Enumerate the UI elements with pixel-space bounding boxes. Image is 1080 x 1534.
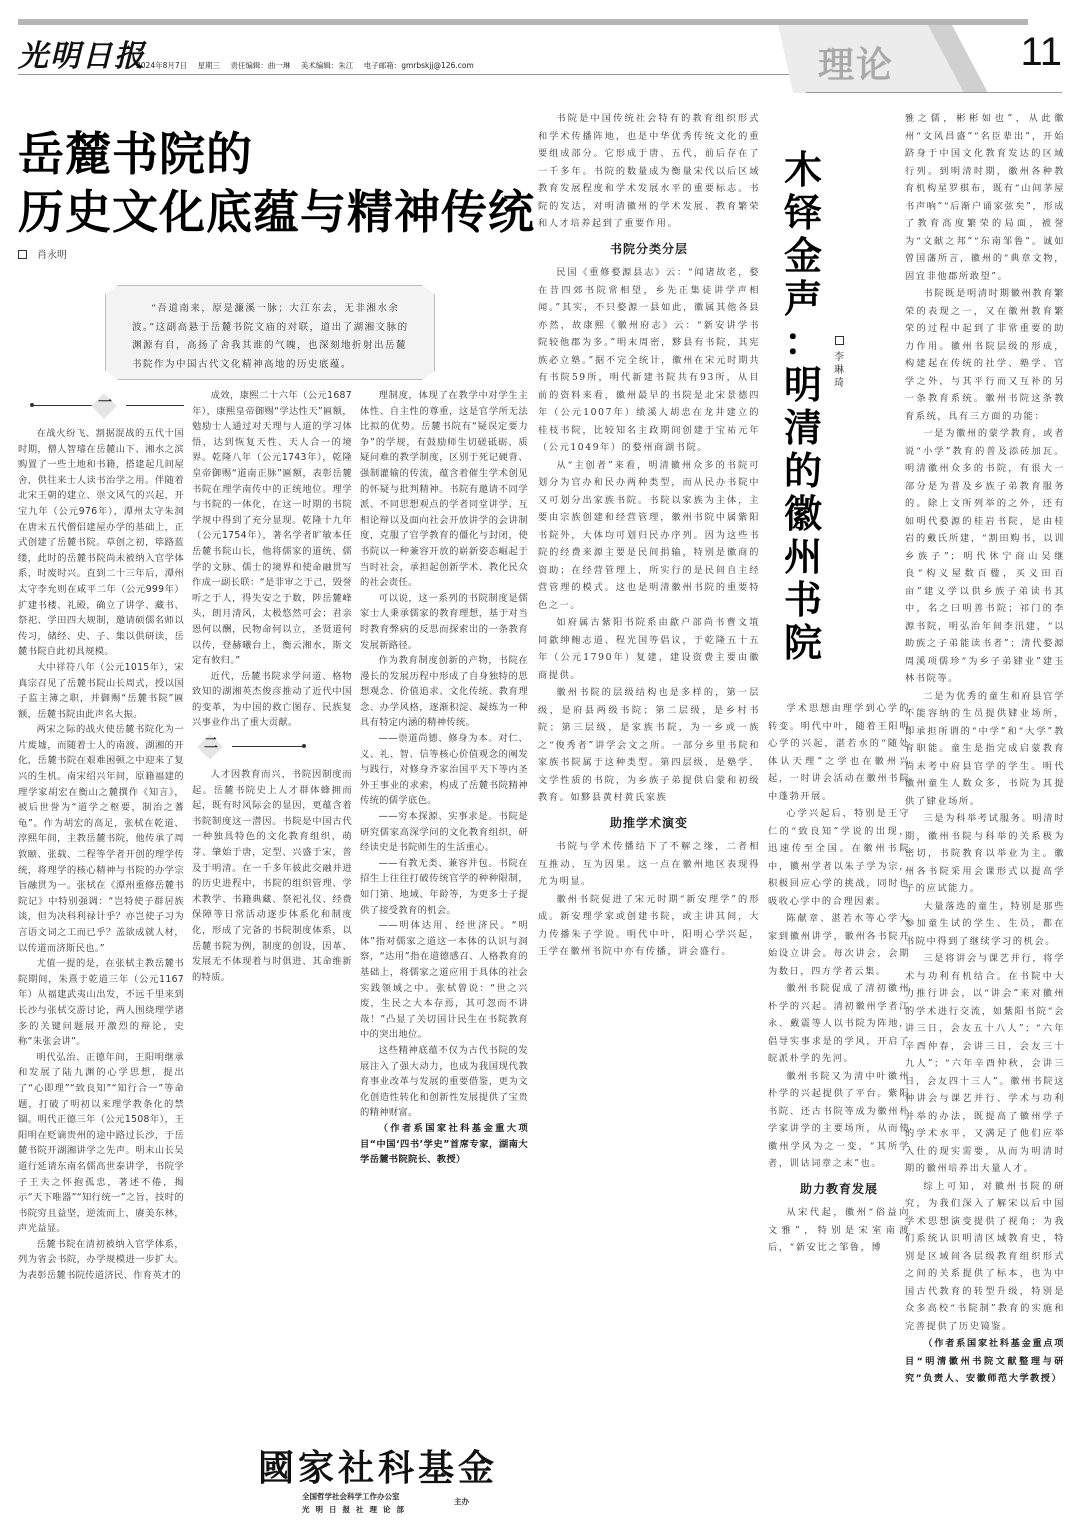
paragraph: 民国《重修婺源县志》云：“闻诸故老，婺在昔四郊书院常相望，乡先正集徒讲学声相闻。… <box>538 264 760 457</box>
headline-line2: 历史文化底蕴与精神传统 <box>18 183 535 241</box>
subheading-3: 助力教育发展 <box>768 1181 910 1199</box>
article1-headline: 岳麓书院的 历史文化底蕴与精神传统 <box>18 125 535 241</box>
art-editor: 美术编辑：朱江 <box>301 61 354 70</box>
newspaper-logo: 光明日报 <box>18 31 146 75</box>
paragraph: 理制度，体现了在教学中对学生主体性、自主性的尊重，这是官学所无法比拟的优势。岳麓… <box>360 388 528 591</box>
paragraph: 三是将讲会与课艺并行，将学术与功利有机结合。在书院中大力推行讲会，以“讲会”来对… <box>905 950 1065 1178</box>
paragraph: 二是为优秀的童生和府县官学不能容纳的生员提供肄业场所，即承担所谓的“中学”和“大… <box>905 688 1065 811</box>
section-tab: 理论 <box>778 25 988 93</box>
editor-email[interactable]: 电子邮箱：gmrbskjj@126.com <box>364 61 474 70</box>
section-number: 二 <box>204 737 218 753</box>
paragraph: 雅之儒，彬彬如也”，从此徽州“文风昌盛”“名臣辈出”，开始跻身于中国文化教育发达… <box>905 110 1065 285</box>
page-number: 11 <box>1020 30 1062 75</box>
article1-column-2: 成效，康熙二十六年（公元1687年），康熙皇帝御赐“学达性天”匾额，勉励士人通过… <box>192 388 352 1438</box>
article2-column-1: 书院是中国传统社会特有的教育组织形式和学术传播阵地，也是中华优秀传统文化的重要组… <box>538 110 760 1534</box>
article2-byline: 李琳琦 <box>832 336 846 390</box>
paragraph: 心学兴起后，特别是王守仁的“致良知”学说的出现，迅速传至全国。在徽州书院中，徽州… <box>768 805 910 910</box>
paragraph: ——明体达用、经世济民。“明体”指对儒家之道这一本体的认识与洞察，“达用”指在道… <box>360 918 528 1043</box>
article1-byline: 肖永明 <box>18 246 67 261</box>
paragraph: 近代，岳麓书院求学问道、格物致知的湖湘英杰俊彦推动了近代中国的变革，为中国的救亡… <box>192 669 352 731</box>
paragraph: 可以说，这一系列的书院制度是儒家士人秉承儒家的教育理想，基于对当时教育弊病的反思… <box>360 591 528 653</box>
section-number: 一 <box>98 396 112 412</box>
paragraph: 岳麓书院在清初被纳入官学体系，列为省会书院，办学规模进一步扩大。为表彰岳麓书院传… <box>18 1237 184 1284</box>
article2-headline: 木 铎 金 声 ： 明 清 的 徽 州 书 院 <box>778 148 828 664</box>
paragraph: 书院是中国传统社会特有的教育组织形式和学术传播阵地，也是中华优秀传统文化的重要组… <box>538 110 760 233</box>
paragraph: 三是为科举考试服务。明清时期，徽州书院与科举的关系极为密切，书院教育以举业为主。… <box>905 810 1065 898</box>
section-name: 理论 <box>818 37 894 88</box>
paragraph: 如府属古紫阳书院系由歙户部尚书曹文埴同歙绅鲍志道、程光国等倡议，于乾隆五十五年（… <box>538 614 760 684</box>
paragraph: ——穷本探源、实事求是。书院是研究儒家高深学问的文化教育组织，研经读史是书院师生… <box>360 809 528 856</box>
issue-meta: 2024年8月7日 星期三 责任编辑：曲一琳 美术编辑：朱江 电子邮箱：gmrb… <box>136 60 482 71</box>
author-note: （作者系国家社科基金重大项目“中国‘四书’学史”首席专家，湖南大学岳麓书院院长、… <box>360 1121 528 1168</box>
issue-date: 2024年8月7日 <box>136 61 187 70</box>
paragraph: ——有教无类、兼容并包。书院在招生上往往打破传统官学的种种限制，如门第、地域、年… <box>360 856 528 918</box>
paragraph: 徽州书院促进了宋元时期“新安理学”的形成。新安理学家或创建书院，或主讲其间，大力… <box>538 891 760 961</box>
paragraph: 学术思想由理学到心学的转变。明代中叶，随着王阳明心学的兴起，湛若水的“随处体认天… <box>768 700 910 805</box>
paragraph: 陈献章、湛若水等心学大家到徽州讲学，徽州各书院开始设立讲会。每次讲会，会期为数日… <box>768 910 910 980</box>
article1-lead-quote: “吾道南来，原是濂溪一脉；大江东去，无非湘水余波。”这副高悬于岳麓书院文庙的对联… <box>105 285 435 380</box>
article2-column-2: 学术思想由理学到心学的转变。明代中叶，随着王阳明心学的兴起，湛若水的“随处体认天… <box>768 700 910 1534</box>
paragraph: 徽州书院促成了清初徽州朴学的兴起。清初徽州学者江永、戴震等人以书院为阵地，倡导实… <box>768 980 910 1068</box>
paragraph: ——崇道尚德、修身为本。对仁、义、礼、智、信等核心价值观念的阐发与践行，对修身齐… <box>360 731 528 809</box>
article1-author: 肖永明 <box>37 250 67 261</box>
subheading-1: 书院分类分层 <box>538 241 760 259</box>
header-rule <box>18 74 796 75</box>
fund-organizers: 全国哲学社会科学工作办公室 光明日报社理论部 <box>302 1490 410 1516</box>
paragraph: 综上可知，对徽州书院的研究，为我们深入了解宋以后中国学术思想演变提供了视角；为我… <box>905 1178 1065 1336</box>
paragraph: 大量落选的童生，特别是那些参加童生试的学生、生员，都在书院中得到了继续学习的机会… <box>905 898 1065 951</box>
author-note: （作者系国家社科基金重点项目“明清徽州书院文献整理与研究”负责人、安徽师范大学教… <box>905 1335 1065 1388</box>
subheading-2: 助推学术演变 <box>538 815 760 833</box>
responsible-editor: 责任编辑：曲一琳 <box>230 61 290 70</box>
paragraph: 这些精神底蕴不仅为古代书院的发展注入了强大动力，也成为我国现代教育事业改革与发展… <box>360 1043 528 1121</box>
fund-name: 國家社科基金 <box>258 1440 538 1491</box>
paragraph: 一是为徽州的蒙学教育，或者说“小学”教育的普及添砖加瓦。明清徽州众多的书院，有很… <box>905 425 1065 688</box>
byline-box-icon <box>835 336 844 345</box>
paragraph: 从宋代起，徽州“俗益向文雅”，特别是宋室南渡后，“新安比之邹鲁，博 <box>768 1204 910 1257</box>
section-rule <box>806 92 1062 93</box>
paragraph: 人才因教育而兴，书院因制度而起。岳麓书院史上人才群体蜂拥而起，既有时风际会的显因… <box>192 767 352 985</box>
article2-column-3: 雅之儒，彬彬如也”，从此徽州“文风昌盛”“名臣辈出”，开始跻身于中国文化教育发达… <box>905 110 1065 1534</box>
paragraph: 成效，康熙二十六年（公元1687年），康熙皇帝御赐“学达性天”匾额，勉励士人通过… <box>192 388 352 669</box>
paragraph: 明代弘治、正德年间，王阳明继承和发展了陆九渊的心学思想，提出了“心即理”“致良知… <box>18 1050 184 1237</box>
section-divider-1: 一 <box>18 394 184 418</box>
byline-box-icon <box>18 250 27 259</box>
paragraph: 书院与学术传播结下了不解之缘，二者相互推动、互为因果。这一点在徽州地区表现得尤为… <box>538 838 760 891</box>
paragraph: 从“主创者”来看，明清徽州众多的书院可划分为官办和民办两种类型，而从民办书院中又… <box>538 457 760 615</box>
article1-column-1: 一 在战火纷飞、割据混战的五代十国时期，僧人智璿在岳麓山下、湘水之滨购置了一些土… <box>18 390 184 1534</box>
paragraph: 大中祥符八年（公元1015年），宋真宗召见了岳麓书院山长周式，授以国子监主簿之职… <box>18 660 184 722</box>
paragraph: 徽州书院的层级结构也是多样的，第一层级，是府县两级书院；第二层级，是乡村书院；第… <box>538 684 760 807</box>
paragraph: 两宋之际的战火使岳麓书院化为一片废墟，而随着士人的南渡、湖湘的开化，岳麓书院在艰… <box>18 722 184 956</box>
paragraph: 在战火纷飞、割据混战的五代十国时期，僧人智璿在岳麓山下、湘水之滨购置了一些土地和… <box>18 426 184 660</box>
section-divider-2: 二 <box>192 735 352 759</box>
divider-dot-icon <box>302 744 306 748</box>
organizer-2: 光明日报社理论部 <box>302 1503 410 1516</box>
paragraph: 作为教育制度创新的产物，书院在漫长的发展历程中形成了自身独特的思想观念、价值追求… <box>360 653 528 731</box>
fund-host-label: 主办 <box>454 1496 469 1507</box>
headline-line1: 岳麓书院的 <box>18 125 535 183</box>
paragraph: 书院既是明清时期徽州教育繁荣的表现之一，又在徽州教育繁荣的过程中起到了非常重要的… <box>905 285 1065 425</box>
article2-author: 李琳琦 <box>834 352 844 389</box>
article1-column-3: 理制度，体现了在教学中对学生主体性、自主性的尊重，这是官学所无法比拟的优势。岳麓… <box>360 388 528 1428</box>
paragraph: 尤值一提的是，在张栻主教岳麓书院期间，朱熹于乾道三年（公元1167年）从福建武夷… <box>18 956 184 1050</box>
paragraph: 徽州书院又为清中叶徽州朴学的兴起提供了平台。紫阳书院、还古书院等成为徽州朴学家讲… <box>768 1068 910 1173</box>
fund-banner: 國家社科基金 全国哲学社会科学工作办公室 光明日报社理论部 主办 <box>258 1440 538 1491</box>
organizer-1: 全国哲学社会科学工作办公室 <box>302 1490 410 1503</box>
issue-weekday: 星期三 <box>198 61 221 70</box>
